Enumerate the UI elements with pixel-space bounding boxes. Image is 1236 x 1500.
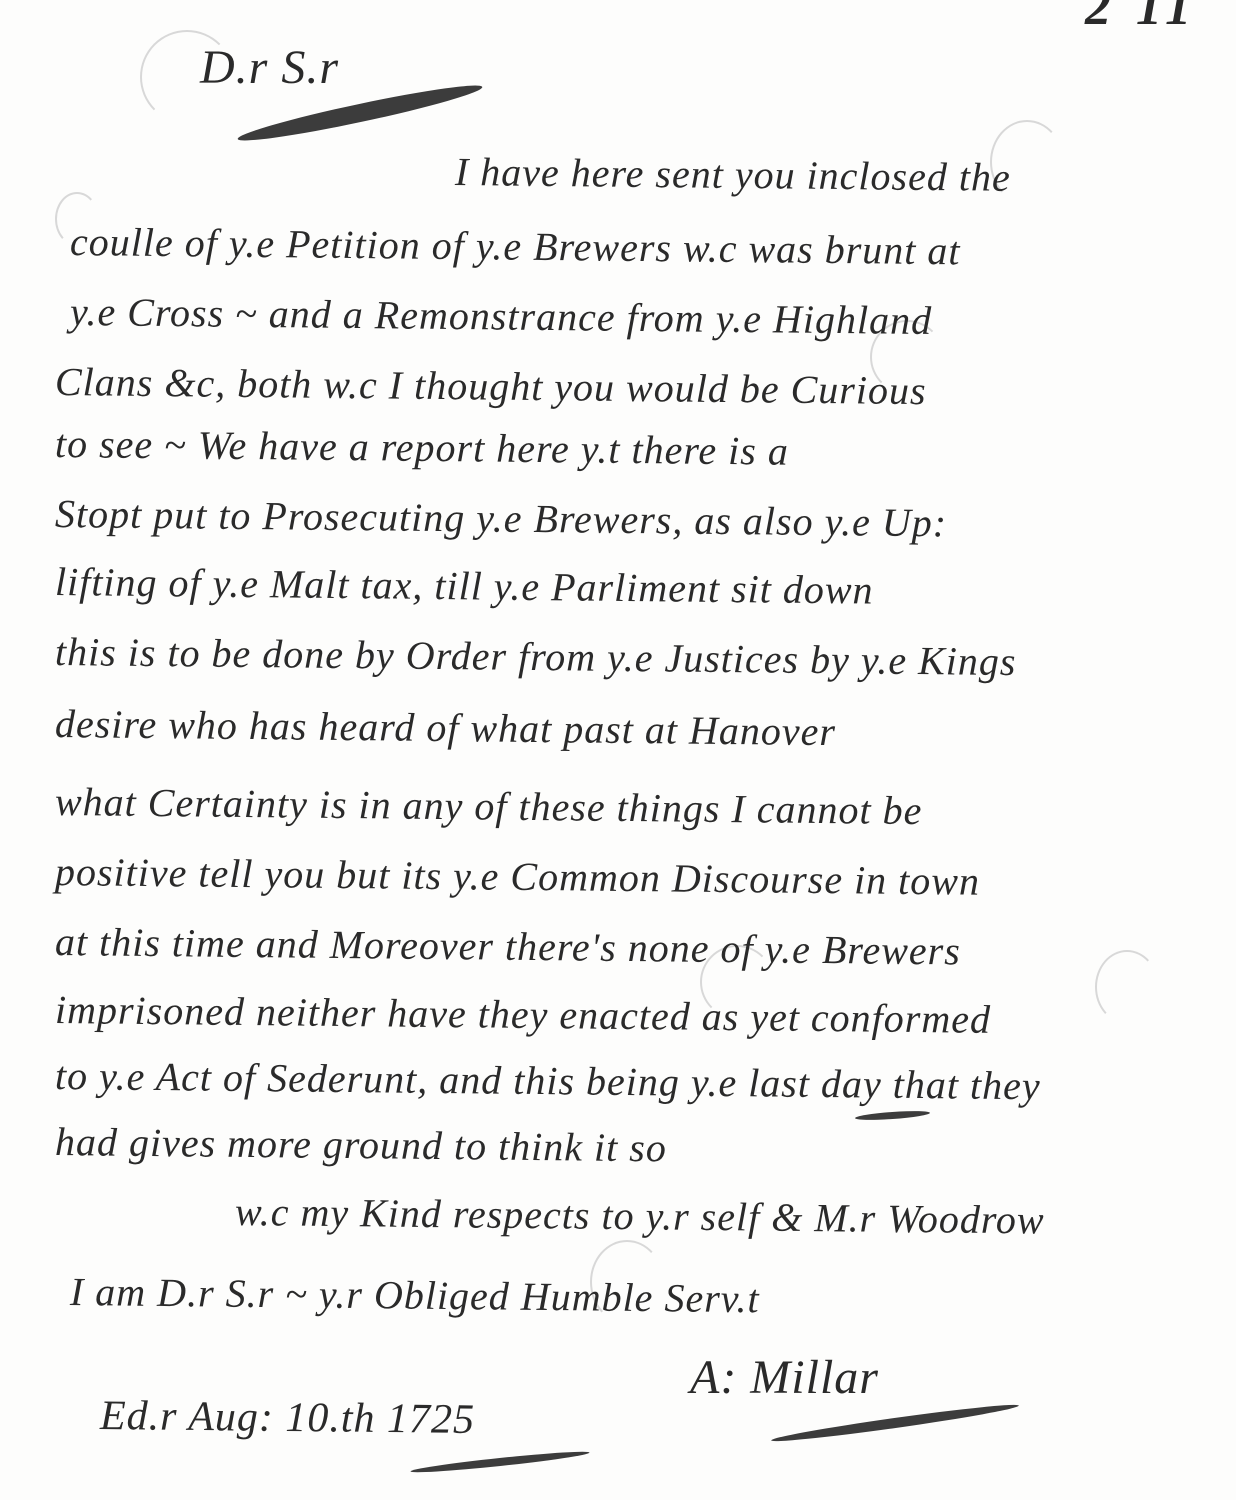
- dateline: Ed.r Aug: 10.th 1725: [100, 1392, 476, 1444]
- dateline-underline-flourish: [410, 1449, 590, 1476]
- closing-line: I am D.r S.r ~ y.r Obliged Humble Serv.t: [70, 1268, 760, 1322]
- signature-flourish: [771, 1401, 1020, 1446]
- letter-line: what Certainty is in any of these things…: [55, 778, 923, 834]
- letter-line: at this time and Moreover there's none o…: [55, 918, 961, 974]
- manuscript-page: 2 11 D.r S.r I have here sent you inclos…: [0, 0, 1236, 1500]
- letter-line: desire who has heard of what past at Han…: [55, 700, 836, 755]
- closing-line: w.c my Kind respects to y.r self & M.r W…: [235, 1188, 1045, 1243]
- letter-line: I have here sent you inclosed the: [455, 148, 1011, 201]
- letter-line: to y.e Act of Sederunt, and this being y…: [55, 1052, 1041, 1109]
- letter-line: Stopt put to Prosecuting y.e Brewers, as…: [55, 490, 948, 546]
- bleed-through-mark: [1095, 950, 1159, 1024]
- letter-line: positive tell you but its y.e Common Dis…: [55, 848, 980, 905]
- letter-line: y.e Cross ~ and a Remonstrance from y.e …: [70, 288, 933, 344]
- signature: A: Millar: [690, 1350, 879, 1405]
- salutation: D.r S.r: [200, 40, 339, 95]
- letter-line: had gives more ground to think it so: [55, 1118, 667, 1171]
- line-end-flourish: [855, 1109, 930, 1121]
- letter-line: to see ~ We have a report here y.t there…: [55, 420, 789, 475]
- letter-line: coulle of y.e Petition of y.e Brewers w.…: [70, 218, 961, 274]
- page-number: 2 11: [1085, 0, 1197, 37]
- letter-line: lifting of y.e Malt tax, till y.e Parlim…: [55, 558, 874, 614]
- letter-line: imprisoned neither have they enacted as …: [55, 986, 992, 1043]
- letter-line: this is to be done by Order from y.e Jus…: [55, 628, 1017, 685]
- letter-line: Clans &c, both w.c I thought you would b…: [55, 358, 927, 414]
